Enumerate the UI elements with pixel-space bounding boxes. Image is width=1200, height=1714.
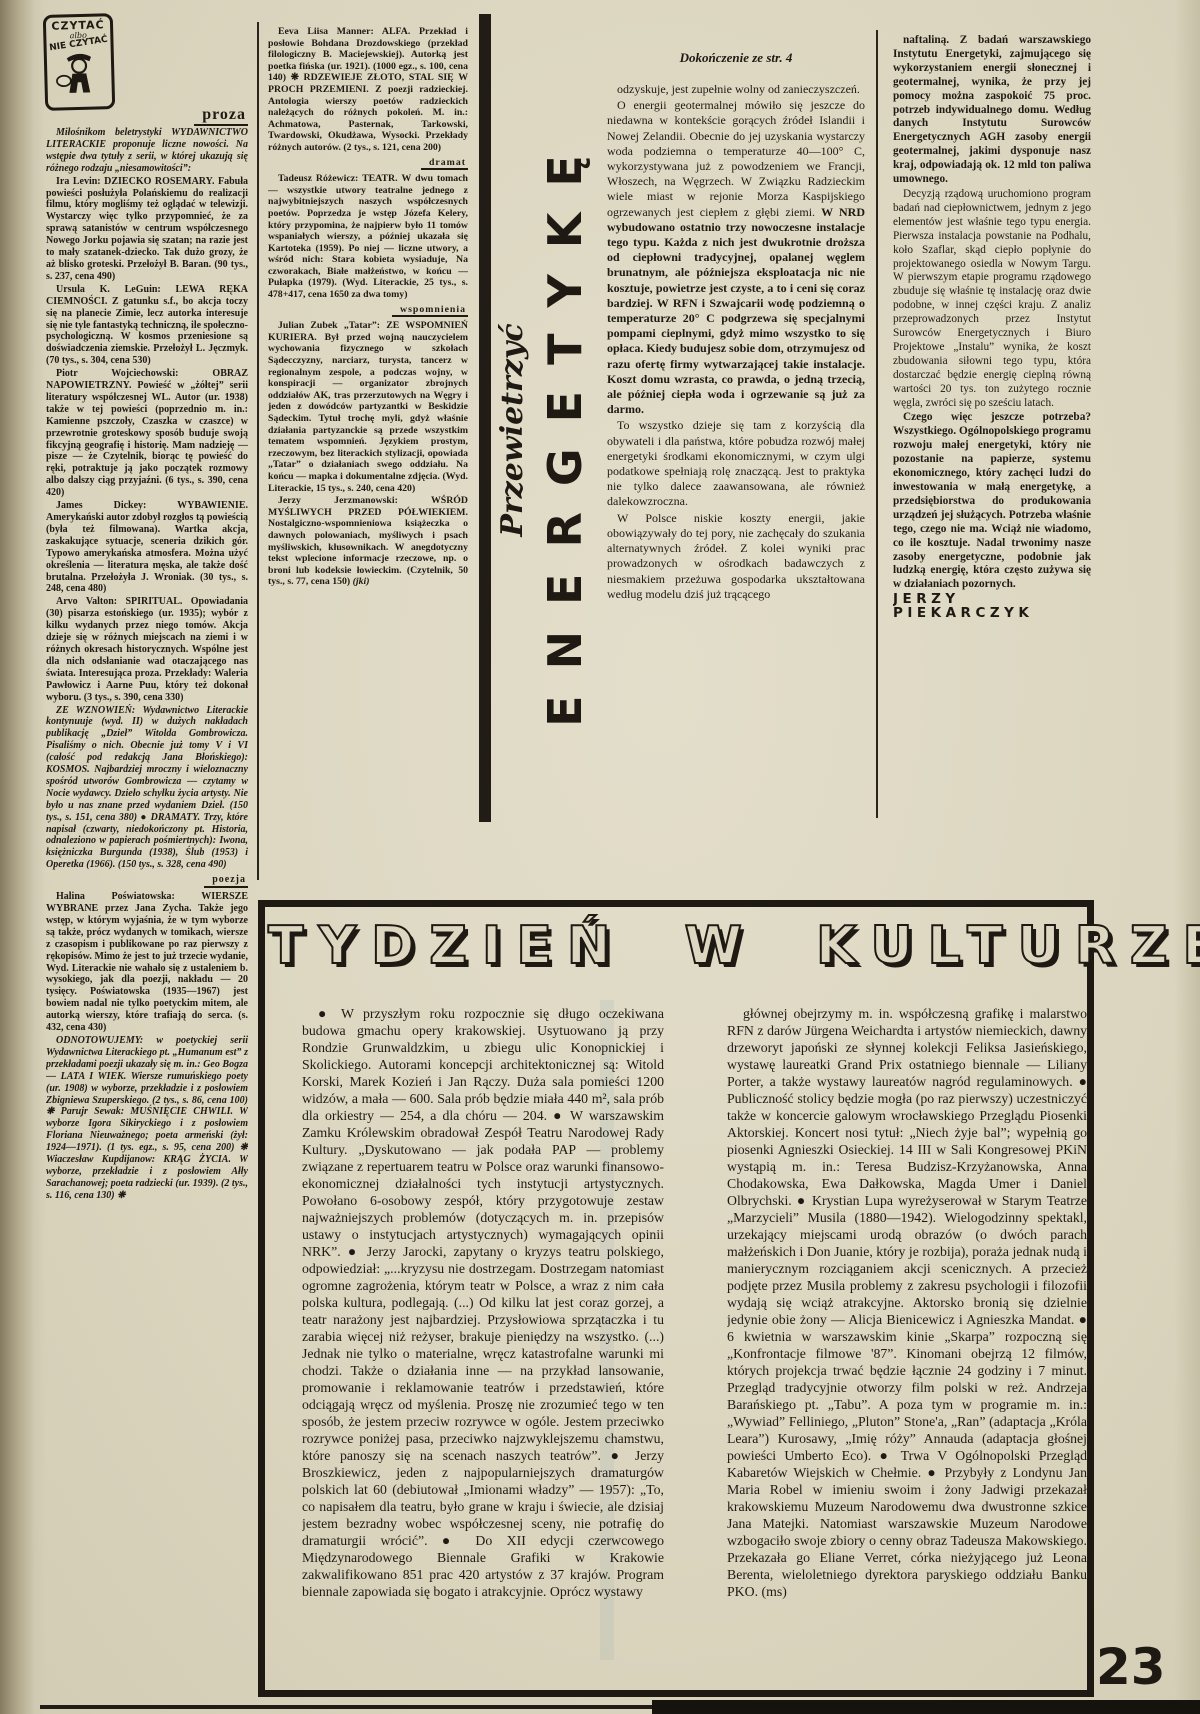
culture-notes: głównej obejrzymy m. in. współczesną gra… xyxy=(727,1005,1087,1600)
review-lead: Ira Levin: DZIECKO ROSEMARY. xyxy=(56,176,218,187)
review-item: Halina Poświatowska: WIERSZE WYBRANE prz… xyxy=(46,891,248,1034)
review-item: Eeva Liisa Manner: ALFA. Przekład i posł… xyxy=(268,26,468,154)
article-paragraph: odzyskuje, jest zupełnie wolny od zaniec… xyxy=(607,82,865,97)
column-divider xyxy=(876,30,878,818)
article-paragraph: O energii geotermalnej mówiło się jeszcz… xyxy=(607,98,865,417)
article-title-vertical: ENERGETYKĘ xyxy=(538,18,598,838)
scan-edge-right xyxy=(1174,0,1200,1714)
reviews-column-1: Miłośnikom beletrystyki WYDAWNICTWO LITE… xyxy=(46,127,248,1702)
section-header-proza: proza xyxy=(46,106,248,126)
headline-rule xyxy=(479,14,491,822)
review-body: Powieść w „żółtej” serii literatury wspó… xyxy=(46,380,248,498)
reader-cartoon-icon xyxy=(53,48,106,93)
culture-note: ● W przyszłym roku rozpocznie się długo … xyxy=(302,1006,664,1123)
section-label: dramat xyxy=(421,157,468,171)
article-paragraph: To wszystko dzieje się tam z korzyścią d… xyxy=(607,418,865,509)
review-item: Ira Levin: DZIECKO ROSEMARY. Fabuła powi… xyxy=(46,176,248,283)
culture-note: ● Publiczność stolicy będzie mogła (po r… xyxy=(727,1074,1087,1208)
review-body: Przekład i posłowie Bohdana Drozdowskieg… xyxy=(268,26,468,153)
paragraph-part: O energii geotermalnej mówiło się jeszcz… xyxy=(607,98,865,218)
review-item: Jerzy Jerzmanowski: WŚRÓD MYŚLIWYCH PRZE… xyxy=(268,495,468,588)
review-body: w poetyckiej serii Wydawnictwa Literacki… xyxy=(46,1035,248,1201)
article-kicker-vertical: Przewietrzyć xyxy=(495,260,537,600)
review-lead: Arvo Valton: SPIRITUAL. xyxy=(56,596,191,607)
culture-column-left: ● W przyszłym roku rozpocznie się długo … xyxy=(302,1005,664,1667)
culture-note: ● Jerzy Jarocki, zapytany o kryzys teatr… xyxy=(302,1244,664,1463)
review-item: Piotr Wojciechowski: OBRAZ NAPOWIETRZNY.… xyxy=(46,368,248,499)
review-signature: (jki) xyxy=(353,576,370,587)
section-header-poezja: poezja xyxy=(46,874,248,888)
culture-note: ● Krystian Lupa wyreżyserował w Starym T… xyxy=(727,1193,1087,1327)
section-label: wspomnienia xyxy=(392,304,468,318)
article-paragraph: W Polsce niskie koszty energii, jakie ob… xyxy=(607,511,865,602)
culture-note: ● Przybyły z Londynu Jan Maria Robel w i… xyxy=(727,1465,1087,1599)
continuation-note: Dokończenie ze str. 4 xyxy=(607,50,865,66)
review-item-reissues: ZE WZNOWIEŃ: Wydawnictwo Literackie kont… xyxy=(46,705,248,872)
culture-note: ● 6 kwietnia w warszawskim kinie „Skarpa… xyxy=(727,1312,1087,1463)
review-lead: Jerzy Jerzmanowski: WŚRÓD MYŚLIWYCH PRZE… xyxy=(268,495,468,518)
review-lead: Eeva Liisa Manner: ALFA. xyxy=(278,26,419,37)
review-lead: ZE WZNOWIEŃ: xyxy=(56,705,142,716)
czytac-stamp: CZYTAĆ albo NIE CZYTAĆ xyxy=(43,13,115,111)
section-header-dramat: dramat xyxy=(268,157,468,171)
review-item: Arvo Valton: SPIRITUAL. Opowiadania (30)… xyxy=(46,596,248,703)
bottom-rule-right xyxy=(652,1700,1200,1714)
article-paragraph: Czego więc jeszcze potrzeba? Wszystkiego… xyxy=(893,411,1091,592)
article-byline: JERZY PIEKARCZYK xyxy=(893,593,1091,621)
article-paragraph: naftaliną. Z badań warszawskiego Instytu… xyxy=(893,34,1091,187)
review-item: ODNOTOWUJEMY: w poetyckiej serii Wydawni… xyxy=(46,1035,248,1202)
review-body: Opowiadania (30) pisarza estońskiego (ur… xyxy=(46,596,248,702)
review-lead: ODNOTOWUJEMY: xyxy=(56,1035,156,1046)
review-body: Amerykański autor zdobył rozgłos tą powi… xyxy=(46,512,248,594)
culture-note: głównej obejrzymy m. in. współczesną gra… xyxy=(727,1006,1087,1089)
review-lead: Tadeusz Różewicz: TEATR. xyxy=(278,173,402,184)
reviews-column-2: Eeva Liisa Manner: ALFA. Przekład i posł… xyxy=(268,26,468,882)
culture-note: ● W warszawskim Zamku Królewskim obradow… xyxy=(302,1108,664,1259)
column-divider xyxy=(257,22,259,880)
review-body: Wydawnictwo Literackie kontynuuje (wyd. … xyxy=(46,705,248,871)
section-label: proza xyxy=(194,106,248,126)
culture-column-right: głównej obejrzymy m. in. współczesną gra… xyxy=(727,1005,1087,1667)
culture-box-title: TYDZIEŃ W KULTURZE xyxy=(268,916,1084,976)
review-body: Fabuła powieści posłużyła Polańskiemu do… xyxy=(46,176,248,282)
review-item: Julian Zubek „Tatar”: ZE WSPOMNIEŃ KURIE… xyxy=(268,320,468,494)
review-body: Także jego wstęp, w którym wyjaśnia, że … xyxy=(46,903,248,1033)
page-number: 23 xyxy=(1096,1642,1166,1692)
review-item: Tadeusz Różewicz: TEATR. W dwu tomach — … xyxy=(268,173,468,301)
paragraph-part-bold: W NRD wybudowano ostatnio trzy nowoczesn… xyxy=(607,205,865,417)
review-body: Był przed wojną nauczycielem wychowania … xyxy=(268,332,468,494)
newspaper-page: CZYTAĆ albo NIE CZYTAĆ proza Miłośnikom … xyxy=(0,0,1200,1714)
scan-edge-left xyxy=(0,0,46,1714)
review-item: James Dickey: WYBAWIENIE. Amerykański au… xyxy=(46,500,248,595)
section-header-wspomnienia: wspomnienia xyxy=(268,304,468,318)
bottom-rule-left xyxy=(40,1705,652,1709)
energy-column-1: odzyskuje, jest zupełnie wolny od zaniec… xyxy=(607,82,865,827)
section-label: poezja xyxy=(204,874,248,888)
review-lead: James Dickey: WYBAWIENIE. xyxy=(56,500,248,511)
energy-column-2: naftaliną. Z badań warszawskiego Instytu… xyxy=(893,34,1091,810)
review-item: Ursula K. LeGuin: LEWA RĘKA CIEMNOŚCI. Z… xyxy=(46,284,248,367)
culture-notes: ● W przyszłym roku rozpocznie się długo … xyxy=(302,1005,664,1600)
article-paragraph: Decyzją rządową uruchomiono program bada… xyxy=(893,188,1091,411)
reviews-intro: Miłośnikom beletrystyki WYDAWNICTWO LITE… xyxy=(46,127,248,175)
review-body: W dwu tomach — wszystkie utwory teatraln… xyxy=(268,173,468,300)
